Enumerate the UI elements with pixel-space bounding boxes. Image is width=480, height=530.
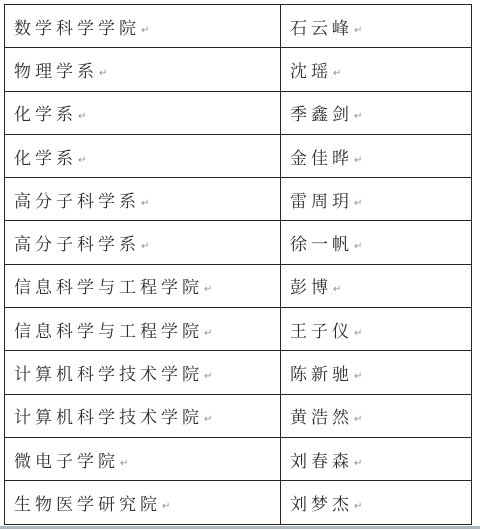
cell-text: 计算机科学技术学院 (14, 408, 203, 427)
cell-text: 数学科学学院 (14, 19, 140, 38)
table-row: 数学科学学院↵ 石云峰↵ (5, 5, 472, 48)
cell-text: 沈瑶 (290, 62, 332, 81)
cell-text: 刘春森 (290, 452, 353, 471)
department-cell[interactable]: 高分子科学系↵ (5, 221, 281, 264)
name-cell[interactable]: 刘春森↵ (281, 437, 472, 480)
document-page: 数学科学学院↵ 石云峰↵ 物理学系↵ 沈瑶↵ 化学系↵ 季鑫剑↵ 化学系↵ 金佳… (0, 0, 480, 530)
paragraph-mark-icon: ↵ (333, 284, 341, 295)
window-bottom-edge (0, 526, 480, 529)
paragraph-mark-icon: ↵ (354, 241, 362, 252)
cell-text: 化学系 (14, 105, 77, 124)
name-cell[interactable]: 沈瑶↵ (281, 48, 472, 91)
cell-text: 徐一帆 (290, 235, 353, 254)
cell-text: 高分子科学系 (14, 192, 140, 211)
paragraph-mark-icon: ↵ (204, 328, 212, 339)
department-cell[interactable]: 化学系↵ (5, 134, 281, 177)
paragraph-mark-icon: ↵ (120, 458, 128, 469)
paragraph-mark-icon: ↵ (354, 371, 362, 382)
paragraph-mark-icon: ↵ (354, 328, 362, 339)
name-cell[interactable]: 石云峰↵ (281, 5, 472, 48)
table-row: 信息科学与工程学院↵ 彭博↵ (5, 264, 472, 307)
paragraph-mark-icon: ↵ (354, 198, 362, 209)
name-cell[interactable]: 刘梦杰↵ (281, 481, 472, 524)
name-cell[interactable]: 陈新驰↵ (281, 351, 472, 394)
department-cell[interactable]: 计算机科学技术学院↵ (5, 394, 281, 437)
name-cell[interactable]: 雷周玥↵ (281, 178, 472, 221)
paragraph-mark-icon: ↵ (204, 371, 212, 382)
paragraph-mark-icon: ↵ (354, 25, 362, 36)
department-name-table: 数学科学学院↵ 石云峰↵ 物理学系↵ 沈瑶↵ 化学系↵ 季鑫剑↵ 化学系↵ 金佳… (4, 4, 472, 525)
name-cell[interactable]: 徐一帆↵ (281, 221, 472, 264)
name-cell[interactable]: 金佳晔↵ (281, 134, 472, 177)
cell-text: 计算机科学技术学院 (14, 365, 203, 384)
paragraph-mark-icon: ↵ (141, 241, 149, 252)
paragraph-mark-icon: ↵ (204, 284, 212, 295)
name-cell[interactable]: 彭博↵ (281, 264, 472, 307)
paragraph-mark-icon: ↵ (78, 111, 86, 122)
paragraph-mark-icon: ↵ (141, 25, 149, 36)
paragraph-mark-icon: ↵ (204, 414, 212, 425)
department-cell[interactable]: 微电子学院↵ (5, 437, 281, 480)
paragraph-mark-icon: ↵ (354, 458, 362, 469)
paragraph-mark-icon: ↵ (99, 68, 107, 79)
paragraph-mark-icon: ↵ (354, 155, 362, 166)
cell-text: 季鑫剑 (290, 105, 353, 124)
name-cell[interactable]: 黄浩然↵ (281, 394, 472, 437)
cell-text: 信息科学与工程学院 (14, 322, 203, 341)
cell-text: 石云峰 (290, 19, 353, 38)
paragraph-mark-icon: ↵ (141, 198, 149, 209)
cell-text: 王子仪 (290, 322, 353, 341)
department-cell[interactable]: 生物医学研究院↵ (5, 481, 281, 524)
cell-text: 化学系 (14, 149, 77, 168)
cell-text: 信息科学与工程学院 (14, 278, 203, 297)
cell-text: 刘梦杰 (290, 495, 353, 514)
table-row: 生物医学研究院↵ 刘梦杰↵ (5, 481, 472, 524)
table-row: 微电子学院↵ 刘春森↵ (5, 437, 472, 480)
cell-text: 金佳晔 (290, 149, 353, 168)
paragraph-mark-icon: ↵ (162, 501, 170, 512)
department-cell[interactable]: 数学科学学院↵ (5, 5, 281, 48)
table-row: 化学系↵ 季鑫剑↵ (5, 91, 472, 134)
table-row: 化学系↵ 金佳晔↵ (5, 134, 472, 177)
cell-text: 黄浩然 (290, 408, 353, 427)
paragraph-mark-icon: ↵ (354, 414, 362, 425)
cell-text: 微电子学院 (14, 452, 119, 471)
department-cell[interactable]: 化学系↵ (5, 91, 281, 134)
department-cell[interactable]: 信息科学与工程学院↵ (5, 264, 281, 307)
table-row: 高分子科学系↵ 徐一帆↵ (5, 221, 472, 264)
paragraph-mark-icon: ↵ (354, 111, 362, 122)
paragraph-mark-icon: ↵ (333, 68, 341, 79)
cell-text: 彭博 (290, 278, 332, 297)
department-cell[interactable]: 物理学系↵ (5, 48, 281, 91)
department-cell[interactable]: 信息科学与工程学院↵ (5, 308, 281, 351)
table-row: 高分子科学系↵ 雷周玥↵ (5, 178, 472, 221)
paragraph-mark-icon: ↵ (354, 501, 362, 512)
cell-text: 高分子科学系 (14, 235, 140, 254)
cell-text: 物理学系 (14, 62, 98, 81)
table-row: 物理学系↵ 沈瑶↵ (5, 48, 472, 91)
table-row: 计算机科学技术学院↵ 陈新驰↵ (5, 351, 472, 394)
department-cell[interactable]: 高分子科学系↵ (5, 178, 281, 221)
table-row: 计算机科学技术学院↵ 黄浩然↵ (5, 394, 472, 437)
name-cell[interactable]: 王子仪↵ (281, 308, 472, 351)
cell-text: 陈新驰 (290, 365, 353, 384)
name-cell[interactable]: 季鑫剑↵ (281, 91, 472, 134)
department-cell[interactable]: 计算机科学技术学院↵ (5, 351, 281, 394)
cell-text: 生物医学研究院 (14, 495, 161, 514)
paragraph-mark-icon: ↵ (78, 155, 86, 166)
table-row: 信息科学与工程学院↵ 王子仪↵ (5, 308, 472, 351)
cell-text: 雷周玥 (290, 192, 353, 211)
